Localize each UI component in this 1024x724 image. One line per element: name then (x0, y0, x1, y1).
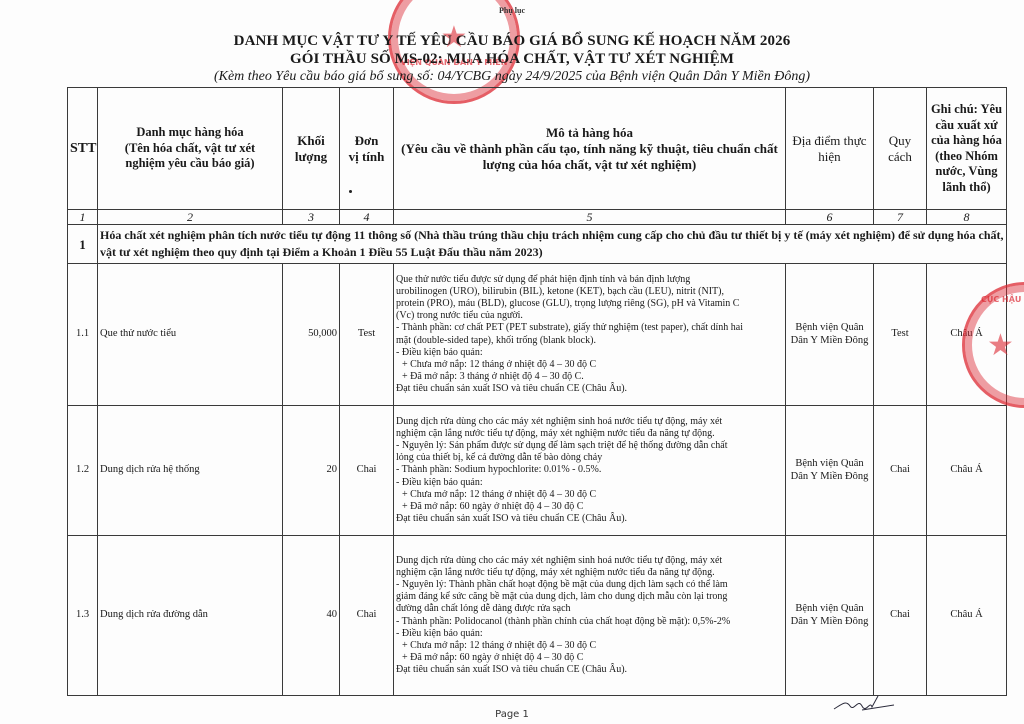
description-line: - Nguyên lý: Thành phần chất hoạt động b… (396, 579, 783, 591)
item-quantity: 40 (283, 536, 340, 696)
package-title: GÓI THẦU SỐ MS-02: MUA HÓA CHẤT, VẬT TƯ … (0, 51, 1024, 68)
description-line: + Đã mở nắp: 60 ngày ở nhiệt độ 4 – 30 đ… (396, 652, 783, 664)
item-name: Dung dịch rửa hệ thống (98, 406, 283, 536)
table-row: 1.2Dung dịch rửa hệ thống20ChaiDung dịch… (68, 406, 1007, 536)
item-description: Dung dịch rửa dùng cho các máy xét nghiệ… (394, 536, 786, 696)
description-line: urobilinogen (URO), bilirubin (BIL), ket… (396, 286, 783, 298)
group-stt: 1 (68, 225, 98, 264)
header-row: STT Danh mục hàng hóa (Tên hóa chất, vật… (68, 88, 1007, 210)
description-line: nghiệm cặn lắng nước tiểu tự động, máy x… (396, 428, 783, 440)
items-table: STT Danh mục hàng hóa (Tên hóa chất, vật… (67, 87, 1007, 696)
header-quantity: Khối lượng (283, 88, 340, 210)
item-quantity: 50,000 (283, 264, 340, 406)
item-unit: Chai (340, 536, 394, 696)
header-description-sub: (Yêu cầu về thành phần cấu tạo, tính năn… (396, 141, 783, 173)
description-line: lỏng của thiết bị, kể cả đường dẫn tế bà… (396, 452, 783, 464)
description-line: - Thành phần: cơ chất PET (PET substrate… (396, 322, 783, 334)
description-line: + Đã mở nắp: 60 ngày ở nhiệt độ 4 – 30 đ… (396, 501, 783, 513)
document-title: DANH MỤC VẬT TƯ Y TẾ YÊU CẦU BÁO GIÁ BỔ … (0, 33, 1024, 50)
column-number: 2 (98, 210, 283, 225)
item-packing: Chai (874, 406, 927, 536)
description-line: Dung dịch rửa dùng cho các máy xét nghiệ… (396, 416, 783, 428)
item-name: Que thử nước tiểu (98, 264, 283, 406)
item-location: Bệnh viện Quân Dân Y Miền Đông (786, 406, 874, 536)
item-location: Bệnh viện Quân Dân Y Miền Đông (786, 264, 874, 406)
header-note: Ghi chú: Yêu cầu xuất xứ của hàng hóa (t… (927, 88, 1007, 210)
item-stt: 1.3 (68, 536, 98, 696)
header-name: Danh mục hàng hóa (Tên hóa chất, vật tư … (98, 88, 283, 210)
description-line: Đạt tiêu chuẩn sản xuất ISO và tiêu chuẩ… (396, 383, 783, 395)
description-line: - Điều kiện bảo quản: (396, 477, 783, 489)
column-number: 1 (68, 210, 98, 225)
column-number-row: 1 2 3 4 5 6 7 8 (68, 210, 1007, 225)
description-line: mặt (double-sided tape), khối trống (bla… (396, 335, 783, 347)
description-line: giảm đáng kể sức căng bề mặt của dung dị… (396, 591, 783, 603)
description-line: Đạt tiêu chuẩn sản xuất ISO và tiêu chuẩ… (396, 513, 783, 525)
table-row: 1.1Que thử nước tiểu50,000TestQue thử nư… (68, 264, 1007, 406)
description-line: + Chưa mở nắp: 12 tháng ở nhiệt độ 4 – 3… (396, 359, 783, 371)
description-line: - Điều kiện bảo quản: (396, 347, 783, 359)
group-title: Hóa chất xét nghiệm phân tích nước tiểu … (98, 225, 1007, 264)
column-number: 8 (927, 210, 1007, 225)
description-line: - Nguyên lý: Sản phẩm được sử dụng để là… (396, 440, 783, 452)
item-stt: 1.1 (68, 264, 98, 406)
header-name-title: Danh mục hàng hóa (100, 125, 280, 141)
item-unit: Chai (340, 406, 394, 536)
document-subtitle: (Kèm theo Yêu cầu báo giá bổ sung số: 04… (0, 69, 1024, 85)
header-packing: Quy cách (874, 88, 927, 210)
column-number: 7 (874, 210, 927, 225)
item-origin: Châu Á (927, 264, 1007, 406)
item-packing: Test (874, 264, 927, 406)
header-unit: Đơn vị tính (340, 88, 394, 210)
item-description: Que thử nước tiểu được sử dụng để phát h… (394, 264, 786, 406)
annex-label: Phụ lục (0, 6, 1024, 15)
header-location: Địa điểm thực hiện (786, 88, 874, 210)
item-unit: Test (340, 264, 394, 406)
description-line: (Vc) trong nước tiểu của người. (396, 310, 783, 322)
description-line: Dung dịch rửa dùng cho các máy xét nghiệ… (396, 555, 783, 567)
header-description: Mô tả hàng hóa (Yêu cầu về thành phần cấ… (394, 88, 786, 210)
description-line: nghiệm cặn lắng nước tiểu tự động, máy x… (396, 567, 783, 579)
column-number: 4 (340, 210, 394, 225)
description-line: đường dẫn chất lỏng dễ dàng được rửa sạc… (396, 603, 783, 615)
item-description: Dung dịch rửa dùng cho các máy xét nghiệ… (394, 406, 786, 536)
description-line: Que thử nước tiểu được sử dụng để phát h… (396, 274, 783, 286)
item-packing: Chai (874, 536, 927, 696)
header-name-sub: (Tên hóa chất, vật tư xét nghiệm yêu cầu… (100, 141, 280, 172)
description-line: - Thành phần: Polidocanol (thành phần ch… (396, 616, 783, 628)
column-number: 3 (283, 210, 340, 225)
description-line: - Điều kiện bảo quản: (396, 628, 783, 640)
description-line: + Đã mở nắp: 3 tháng ở nhiệt độ 4 – 30 đ… (396, 371, 783, 383)
page-number: Page 1 (0, 709, 1024, 720)
item-location: Bệnh viện Quân Dân Y Miền Đông (786, 536, 874, 696)
description-line: - Thành phần: Sodium hypochlorite: 0.01%… (396, 464, 783, 476)
item-stt: 1.2 (68, 406, 98, 536)
item-origin: Châu Á (927, 536, 1007, 696)
header-stt: STT (68, 88, 98, 210)
description-line: protein (PRO), máu (BLD), glucose (GLU),… (396, 298, 783, 310)
document-page: CỤC HẬU CẦN - KỸ THUẬT ★ VIỆN QUÂN DÂN Y… (0, 0, 1024, 724)
header-description-title: Mô tả hàng hóa (396, 125, 783, 141)
description-line: Đạt tiêu chuẩn sản xuất ISO và tiêu chuẩ… (396, 664, 783, 676)
item-origin: Châu Á (927, 406, 1007, 536)
description-line: + Chưa mở nắp: 12 tháng ở nhiệt độ 4 – 3… (396, 489, 783, 501)
description-line: + Chưa mở nắp: 12 tháng ở nhiệt độ 4 – 3… (396, 640, 783, 652)
table-row: 1.3Dung dịch rửa đường dẫn40ChaiDung dịc… (68, 536, 1007, 696)
column-number: 6 (786, 210, 874, 225)
scan-speck (349, 190, 352, 193)
item-name: Dung dịch rửa đường dẫn (98, 536, 283, 696)
column-number: 5 (394, 210, 786, 225)
group-row: 1 Hóa chất xét nghiệm phân tích nước tiể… (68, 225, 1007, 264)
item-quantity: 20 (283, 406, 340, 536)
